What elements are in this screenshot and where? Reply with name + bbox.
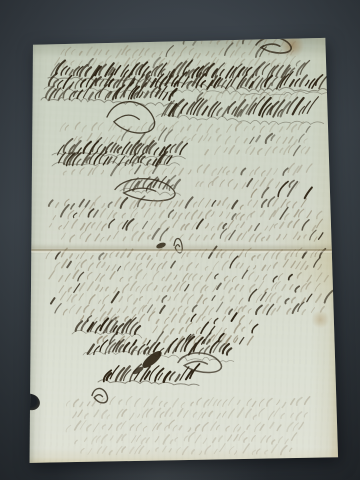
manuscript-paper: [28, 37, 339, 465]
fold-crease: [28, 248, 339, 253]
manuscript-photo: [0, 0, 360, 480]
paper-shadow-wrap: [28, 37, 339, 465]
